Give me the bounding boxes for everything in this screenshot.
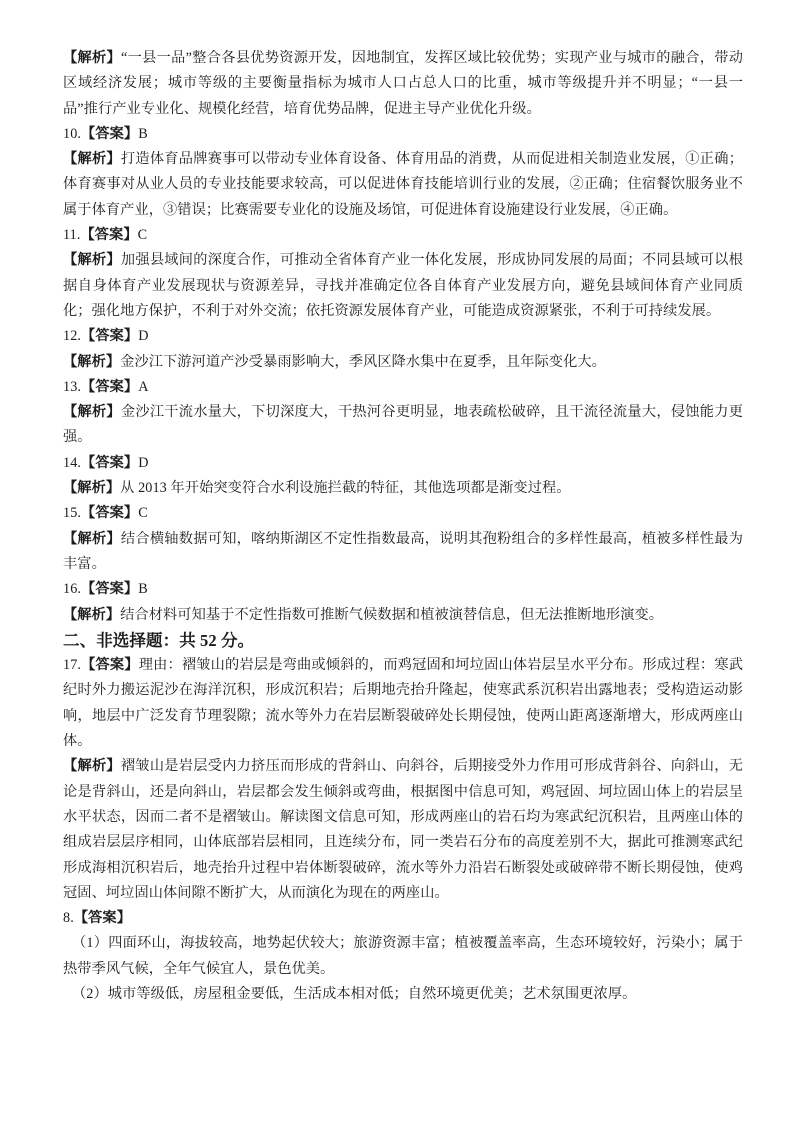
marker-label: 【答案】 [81, 657, 139, 673]
text-run: C [138, 227, 148, 243]
marker-label: 【答案】 [81, 328, 138, 344]
answer-q16: 16.【答案】B [63, 577, 743, 602]
marker-label: 【答案】 [81, 379, 138, 395]
text-run: 理由：褶皱山的岩层是弯曲或倾斜的，而鸡冠固和坷垃固山体岩层呈水平分布。形成过程：… [63, 657, 743, 749]
marker-label: 【解析】 [63, 607, 120, 623]
answer-q15: 15.【答案】C [63, 501, 743, 526]
marker-label: 【解析】 [63, 404, 121, 420]
text-run: （1）四面环山，海拔较高，地势起伏较大；旅游资源丰富；植被覆盖率高，生态环境较好… [63, 935, 743, 976]
answer-q14: 14.【答案】D [63, 451, 743, 476]
text-run: 12. [63, 328, 81, 344]
text-run: 金沙江下游河道产沙受暴雨影响大，季风区降水集中在夏季，且年际变化大。 [120, 354, 606, 370]
analysis-q16: 【解析】结合材料可知基于不定性指数可推断气候数据和植被演替信息，但无法推断地形演… [63, 603, 743, 628]
marker-label: 【答案】 [81, 581, 138, 597]
text-run: 10. [63, 126, 81, 142]
text-run: 从 2013 年开始突变符合水利设施拦截的特征，其他选项都是渐变过程。 [120, 480, 570, 496]
text-run: 13. [63, 379, 81, 395]
marker-label: 【解析】 [63, 758, 121, 774]
marker-label: 【解析】 [63, 531, 121, 547]
answer-q10: 10.【答案】B [63, 122, 743, 147]
document-page: 【解析】“一县一品”整合各县优势资源开发，因地制宜，发挥区域比较优势；实现产业与… [0, 0, 800, 1131]
text-run: 加强县域间的深度合作，可推动全省体育产业一体化发展，形成协同发展的局面；不同县域… [63, 252, 743, 319]
marker-label: 【答案】 [81, 227, 138, 243]
marker-label: 【解析】 [63, 151, 121, 167]
answer-q18-item-2: （2）城市等级低，房屋租金要低，生活成本相对低；自然环境更优美；艺术氛围更浓厚。 [63, 982, 743, 1007]
answer-q12: 12.【答案】D [63, 324, 743, 349]
text-run: 结合横轴数据可知，喀纳斯湖区不定性指数最高，说明其孢粉组合的多样性最高，植被多样… [63, 531, 743, 572]
text-run: A [138, 379, 148, 395]
text-run: “一县一品”整合各县优势资源开发，因地制宜，发挥区域比较优势；实现产业与城市的融… [63, 50, 743, 117]
text-run: 11. [63, 227, 81, 243]
marker-label: 【解析】 [63, 252, 121, 268]
answer-q18: 8.【答案】 [63, 906, 743, 931]
text-run: D [138, 328, 148, 344]
analysis-q13: 【解析】金沙江干流水量大，下切深度大，干热河谷更明显，地表疏松破碎，且干流径流量… [63, 400, 743, 451]
text-run: C [138, 505, 148, 521]
marker-label: 【答案】 [81, 505, 138, 521]
text-run: D [138, 455, 148, 471]
analysis-q9: 【解析】“一县一品”整合各县优势资源开发，因地制宜，发挥区域比较优势；实现产业与… [63, 46, 743, 122]
answer-q13: 13.【答案】A [63, 375, 743, 400]
document-body: 【解析】“一县一品”整合各县优势资源开发，因地制宜，发挥区域比较优势；实现产业与… [63, 46, 743, 1007]
text-run: 14. [63, 455, 81, 471]
text-run: 8. [63, 910, 74, 926]
answer-q17: 17.【答案】理由：褶皱山的岩层是弯曲或倾斜的，而鸡冠固和坷垃固山体岩层呈水平分… [63, 653, 743, 754]
text-run: B [138, 126, 148, 142]
marker-label: 【解析】 [63, 50, 121, 66]
text-run: 17. [63, 657, 81, 673]
text-run: 16. [63, 581, 81, 597]
marker-label: 【答案】 [81, 455, 138, 471]
answer-q11: 11.【答案】C [63, 223, 743, 248]
marker-label: 【答案】 [74, 910, 131, 926]
section-heading: 二、非选择题：共 52 分。 [63, 628, 743, 653]
analysis-q10: 【解析】打造体育品牌赛事可以带动专业体育设备、体育用品的消费，从而促进相关制造业… [63, 147, 743, 223]
analysis-q11: 【解析】加强县域间的深度合作，可推动全省体育产业一体化发展，形成协同发展的局面；… [63, 248, 743, 324]
text-run: 结合材料可知基于不定性指数可推断气候数据和植被演替信息，但无法推断地形演变。 [120, 607, 663, 623]
marker-label: 二、非选择题：共 52 分。 [63, 631, 254, 650]
text-run: B [138, 581, 148, 597]
analysis-q15: 【解析】结合横轴数据可知，喀纳斯湖区不定性指数最高，说明其孢粉组合的多样性最高，… [63, 527, 743, 578]
text-run: 15. [63, 505, 81, 521]
marker-label: 【答案】 [81, 126, 138, 142]
analysis-q17: 【解析】褶皱山是岩层受内力挤压而形成的背斜山、向斜谷，后期接受外力作用可形成背斜… [63, 754, 743, 906]
analysis-q12: 【解析】金沙江下游河道产沙受暴雨影响大，季风区降水集中在夏季，且年际变化大。 [63, 350, 743, 375]
analysis-q14: 【解析】从 2013 年开始突变符合水利设施拦截的特征，其他选项都是渐变过程。 [63, 476, 743, 501]
text-run: 褶皱山是岩层受内力挤压而形成的背斜山、向斜谷，后期接受外力作用可形成背斜谷、向斜… [63, 758, 743, 900]
text-run: 打造体育品牌赛事可以带动专业体育设备、体育用品的消费，从而促进相关制造业发展，①… [63, 151, 743, 218]
marker-label: 【解析】 [63, 354, 120, 370]
text-run: （2）城市等级低，房屋租金要低，生活成本相对低；自然环境更优美；艺术氛围更浓厚。 [72, 986, 636, 1002]
text-run: 金沙江干流水量大，下切深度大，干热河谷更明显，地表疏松破碎，且干流径流量大，侵蚀… [63, 404, 743, 445]
answer-q18-item-1: （1）四面环山，海拔较高，地势起伏较大；旅游资源丰富；植被覆盖率高，生态环境较好… [63, 931, 743, 982]
marker-label: 【解析】 [63, 480, 120, 496]
